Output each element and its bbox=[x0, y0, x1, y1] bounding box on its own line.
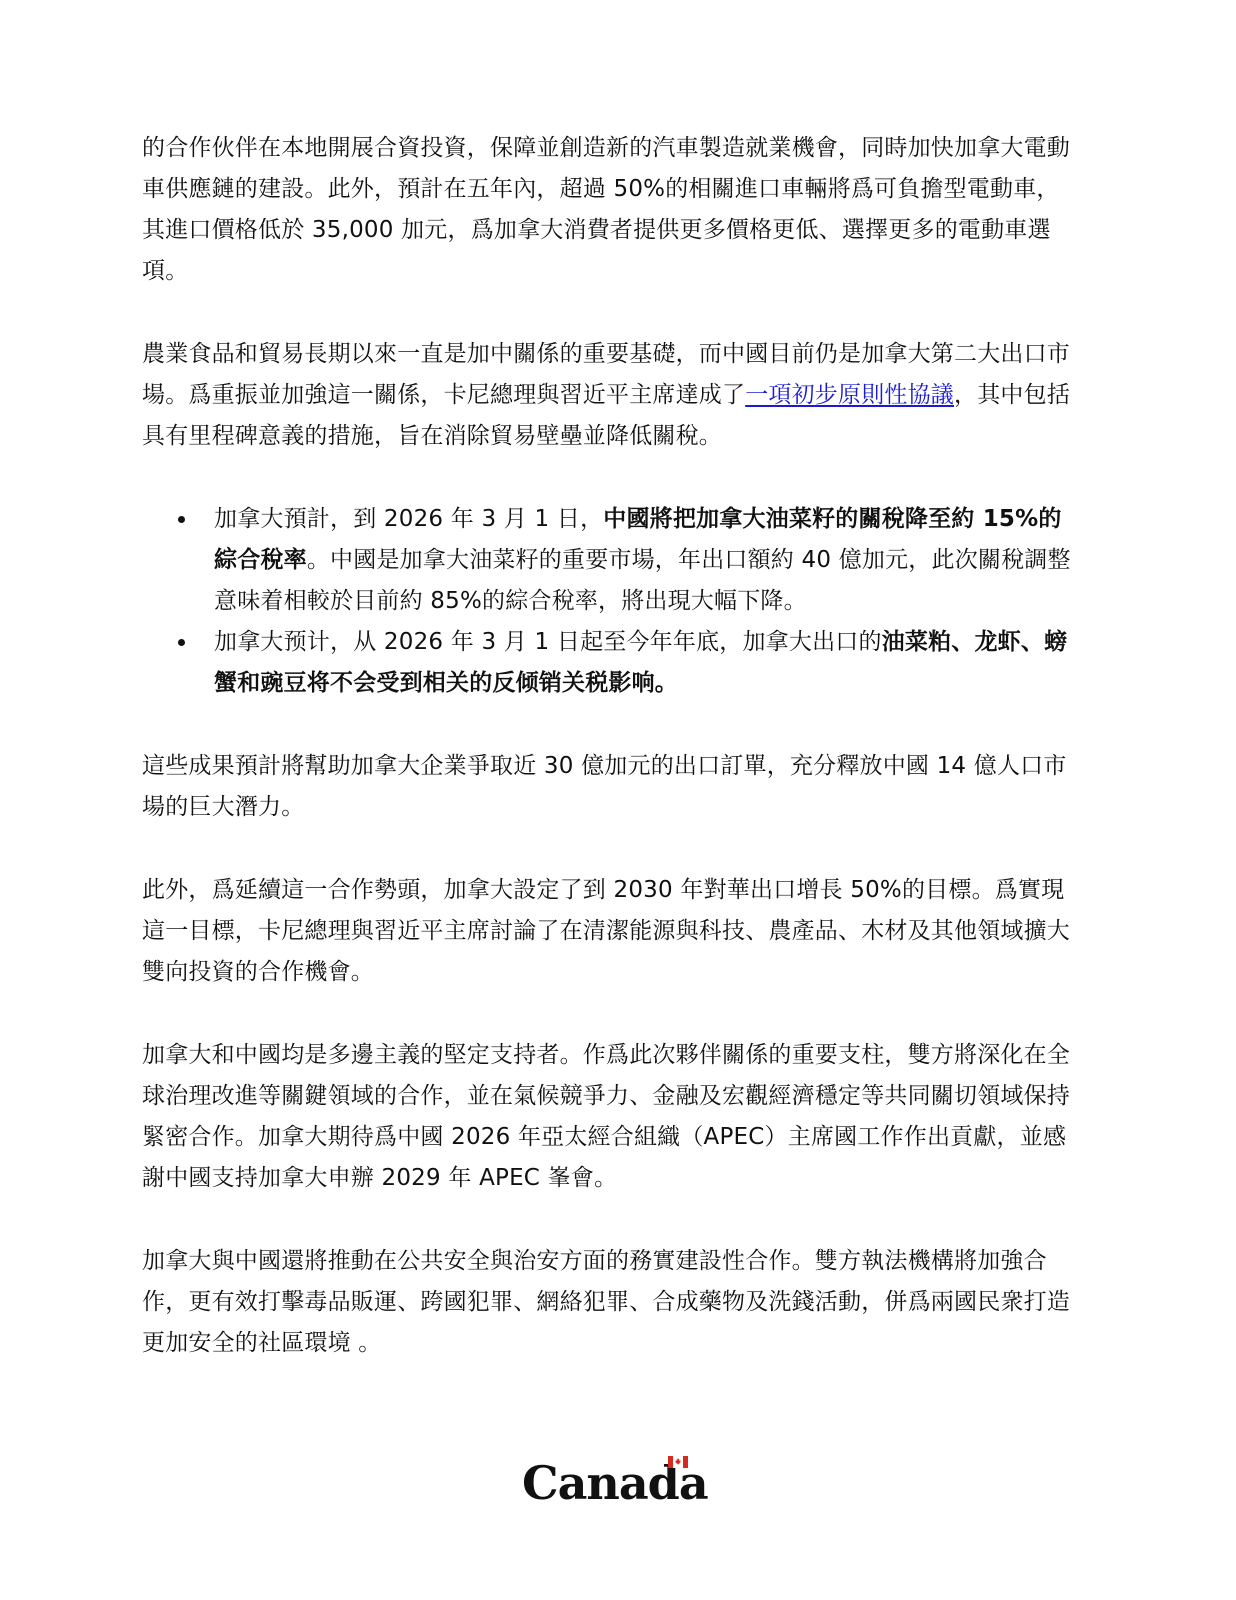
maple-leaf-icon bbox=[675, 1458, 681, 1465]
paragraph-text: 的合作伙伴在本地開展合資投資，保障並創造新的汽車製造就業機會，同時加快加拿大電動… bbox=[142, 135, 1070, 284]
document-body: 的合作伙伴在本地開展合資投資，保障並創造新的汽車製造就業機會，同時加快加拿大電動… bbox=[142, 128, 1077, 1406]
paragraph-agrifood-trade: 農業食品和貿易長期以來一直是加中關係的重要基礎，而中國目前仍是加拿大第二大出口市… bbox=[142, 334, 1077, 457]
paragraph-text: 此外，爲延續這一合作勢頭，加拿大設定了到 2030 年對華出口增長 50%的目標… bbox=[142, 877, 1070, 985]
paragraph-multilateralism: 加拿大和中國均是多邊主義的堅定支持者。作爲此次夥伴關係的重要支柱，雙方將深化在全… bbox=[142, 1035, 1077, 1199]
paragraph-ev-investment: 的合作伙伴在本地開展合資投資，保障並創造新的汽車製造就業機會，同時加快加拿大電動… bbox=[142, 128, 1077, 292]
list-item-text: 。中國是加拿大油菜籽的重要市場，年出口額約 40 億加元，此次關稅調整意味着相較… bbox=[214, 547, 1071, 614]
canada-wordmark: Canada bbox=[522, 1452, 692, 1506]
paragraph-export-target: 此外，爲延續這一合作勢頭，加拿大設定了到 2030 年對華出口增長 50%的目標… bbox=[142, 870, 1077, 993]
list-item-canola-tariff: 加拿大預計，到 2026 年 3 月 1 日，中國將把加拿大油菜籽的關稅降至約 … bbox=[142, 499, 1077, 622]
tariff-measures-list: 加拿大預計，到 2026 年 3 月 1 日，中國將把加拿大油菜籽的關稅降至約 … bbox=[142, 499, 1077, 704]
list-item-text: 加拿大預計，到 2026 年 3 月 1 日， bbox=[214, 506, 603, 532]
paragraph-text: 加拿大與中國還將推動在公共安全與治安方面的務實建設性合作。雙方執法機構將加強合作… bbox=[142, 1248, 1070, 1356]
list-item-antidumping: 加拿大预计，从 2026 年 3 月 1 日起至今年年底，加拿大出口的油菜粕、龙… bbox=[142, 622, 1077, 704]
canada-flag-icon bbox=[668, 1456, 688, 1468]
bullet-icon bbox=[178, 639, 185, 646]
bullet-icon bbox=[178, 516, 185, 523]
list-item-text: 加拿大预计，从 2026 年 3 月 1 日起至今年年底，加拿大出口的 bbox=[214, 629, 882, 655]
paragraph-export-orders: 這些成果預計將幫助加拿大企業爭取近 30 億加元的出口訂單，充分釋放中國 14 … bbox=[142, 746, 1077, 828]
paragraph-text: 加拿大和中國均是多邊主義的堅定支持者。作爲此次夥伴關係的重要支柱，雙方將深化在全… bbox=[142, 1042, 1070, 1191]
paragraph-text: 這些成果預計將幫助加拿大企業爭取近 30 億加元的出口訂單，充分釋放中國 14 … bbox=[142, 753, 1067, 820]
preliminary-agreement-link[interactable]: 一項初步原則性協議 bbox=[745, 382, 954, 408]
paragraph-public-safety: 加拿大與中國還將推動在公共安全與治安方面的務實建設性合作。雙方執法機構將加強合作… bbox=[142, 1241, 1077, 1364]
